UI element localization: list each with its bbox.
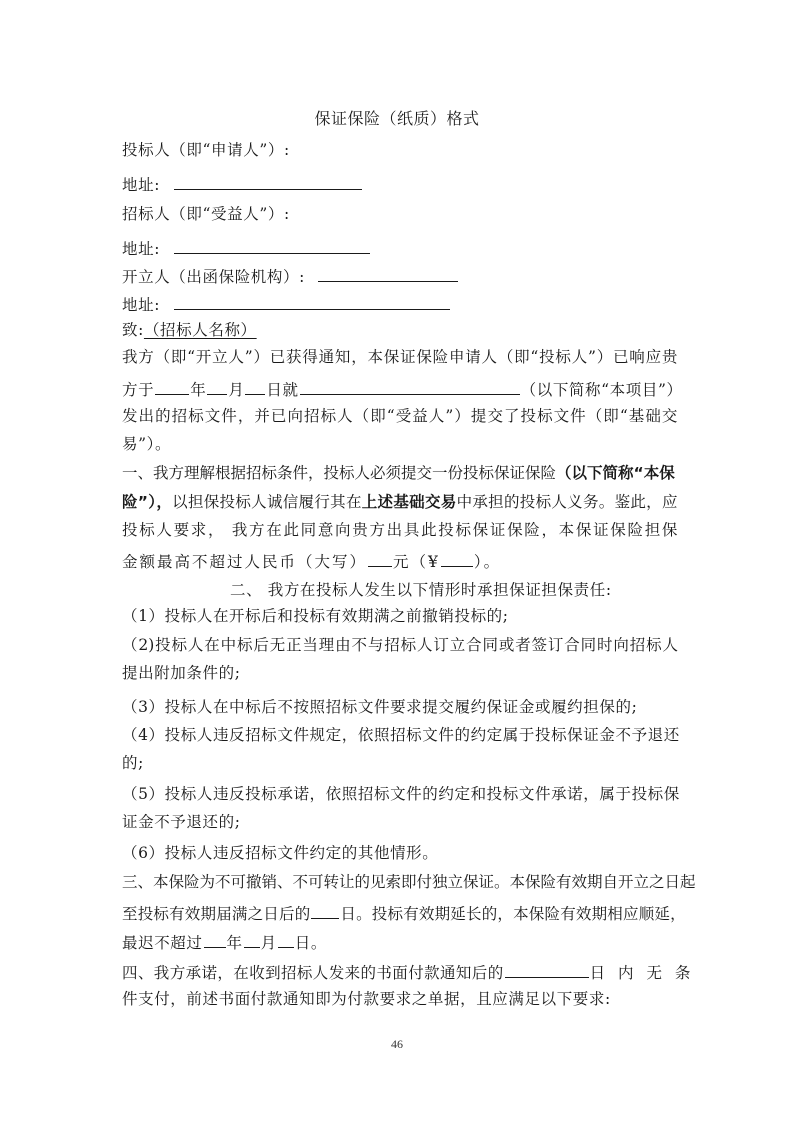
year-label: 年: [190, 381, 206, 399]
day-label: 日就: [266, 381, 298, 399]
latest-month-blank[interactable]: [244, 930, 260, 948]
year-label: 年: [227, 934, 243, 952]
issuer-address-line: 地址:: [122, 292, 678, 315]
applicant-address-line: 地址:: [122, 172, 678, 195]
document-page: 保证保险（纸质）格式 投标人（即“申请人”）: 地址: 招标人（即“受益人”）:…: [0, 0, 794, 1122]
to-label: 致:: [122, 321, 144, 339]
intro-line-3: 发出的招标文件，并已向招标人（即“受益人”）提交了投标文件（即“基础交: [122, 406, 678, 426]
issuer-address-label: 地址:: [122, 296, 160, 314]
issuer-address-blank[interactable]: [174, 292, 450, 310]
day-label: 日。: [295, 934, 327, 952]
page-number: 46: [0, 1037, 794, 1052]
section3-line-2: 至投标有效期届满之日后的日。投标有效期延长的，本保险有效期相应顺延，: [122, 901, 678, 924]
day-blank[interactable]: [245, 377, 265, 395]
section1-line-3: 投标人要求， 我方在此同意向贵方出具此投标保证保险，本保证保险担保: [122, 520, 678, 540]
to-line: 致:（招标人名称）: [122, 320, 678, 340]
section2-item-5: （5）投标人违反投标承诺，依照招标文件的约定和投标文件承诺，属于投标保: [122, 784, 678, 804]
section1-bold-text: 险”），: [122, 493, 172, 511]
beneficiary-label: 招标人（即“受益人”）:: [122, 205, 290, 223]
section1-line-2: 险”），以担保投标人诚信履行其在上述基础交易中承担的投标人义务。鉴此，应: [122, 492, 678, 512]
intro-line-1: 我方（即“开立人”）已获得通知，本保证保险申请人（即“投标人”）已响应贵: [122, 347, 678, 367]
latest-year-blank[interactable]: [204, 930, 226, 948]
beneficiary-line: 招标人（即“受益人”）:: [122, 204, 678, 224]
payment-days-blank[interactable]: [505, 960, 589, 978]
section2-item-1: （1）投标人在开标后和投标有效期满之前撤销投标的;: [122, 606, 678, 626]
document-title: 保证保险（纸质）格式: [0, 106, 794, 129]
section2-item-5-cont: 证金不予退还的;: [122, 812, 678, 832]
project-abbrev: （以下简称“本项目”）: [521, 381, 683, 399]
section1-text: 中承担的投标人义务。鉴此，应: [457, 493, 678, 511]
month-label: 月: [228, 381, 244, 399]
beneficiary-address-blank[interactable]: [174, 236, 370, 254]
section1-line-4: 金额最高不超过人民币（大写）元（¥）。: [122, 549, 678, 572]
section4-text: 日 内 无 条: [590, 964, 695, 982]
section4-line-2: 件支付，前述书面付款通知即为付款要求之单据，且应满足以下要求:: [122, 989, 678, 1009]
latest-day-blank[interactable]: [278, 930, 294, 948]
section2-item-2: （2)投标人在中标后无正当理由不与招标人订立合同或者签订合同时向招标人: [122, 635, 678, 655]
section4-text: 四、我方承诺，在收到招标人发来的书面付款通知后的: [122, 964, 504, 982]
section4-line-1: 四、我方承诺，在收到招标人发来的书面付款通知后的日 内 无 条: [122, 960, 678, 983]
section1-text: 元（¥: [393, 553, 440, 571]
beneficiary-address-line: 地址:: [122, 236, 678, 259]
issuer-label: 开立人（出函保险机构）:: [122, 268, 305, 286]
issuer-blank[interactable]: [318, 264, 458, 282]
intro-line-2: 方于年月日就（以下简称“本项目”）: [122, 377, 678, 400]
section3-text: 最迟不超过: [122, 934, 203, 952]
section1-text: 金额最高不超过人民币（大写）: [122, 553, 367, 571]
amount-words-blank[interactable]: [368, 549, 392, 567]
section2-item-4-cont: 的;: [122, 753, 678, 773]
amount-figures-blank[interactable]: [441, 549, 473, 567]
section1-line-1: 一、我方理解根据招标条件，投标人必须提交一份投标保证保险（以下简称“本保: [122, 463, 678, 483]
section2-item-4: （4）投标人违反招标文件规定，依照招标文件的约定属于投标保证金不予退还: [122, 725, 678, 745]
section3-text: 日。投标有效期延长的，本保险有效期相应顺延，: [340, 905, 685, 923]
section3-line-1: 三、本保险为不可撤销、不可转让的见索即付独立保证。本保险有效期自开立之日起: [122, 872, 678, 892]
section2-item-6: （6）投标人违反招标文件约定的其他情形。: [122, 843, 678, 863]
year-blank[interactable]: [155, 377, 189, 395]
validity-days-blank[interactable]: [311, 901, 339, 919]
section2-heading: 二、 我方在投标人发生以下情形时承担保证担保责任:: [230, 580, 690, 600]
section3-text: 至投标有效期届满之日后的: [122, 905, 310, 923]
section1-text: 一、我方理解根据招标条件，投标人必须提交一份投标保证保险: [122, 464, 556, 482]
section3-line-3: 最迟不超过年月日。: [122, 930, 678, 953]
applicant-address-blank[interactable]: [174, 172, 362, 190]
intro-line-4: 易”）。: [122, 434, 678, 454]
to-value: （招标人名称）: [144, 321, 257, 339]
section1-text: ）。: [474, 553, 501, 571]
issuer-line: 开立人（出函保险机构）:: [122, 264, 678, 287]
month-blank[interactable]: [207, 377, 227, 395]
applicant-label: 投标人（即“申请人”）:: [122, 141, 290, 159]
project-blank[interactable]: [300, 377, 520, 395]
section1-text: 以担保投标人诚信履行其在: [172, 493, 362, 511]
month-label: 月: [261, 934, 277, 952]
section2-item-3: （3）投标人在中标后不按照招标文件要求提交履约保证金或履约担保的;: [122, 697, 678, 717]
section1-bold-text: （以下简称“本保: [556, 464, 675, 482]
applicant-address-label: 地址:: [122, 176, 160, 194]
beneficiary-address-label: 地址:: [122, 240, 160, 258]
section2-item-2-cont: 提出附加条件的;: [122, 663, 678, 683]
basic-transaction-bold: 上述基础交易: [362, 493, 457, 511]
applicant-line: 投标人（即“申请人”）:: [122, 140, 678, 160]
intro-text: 方于: [122, 381, 154, 399]
